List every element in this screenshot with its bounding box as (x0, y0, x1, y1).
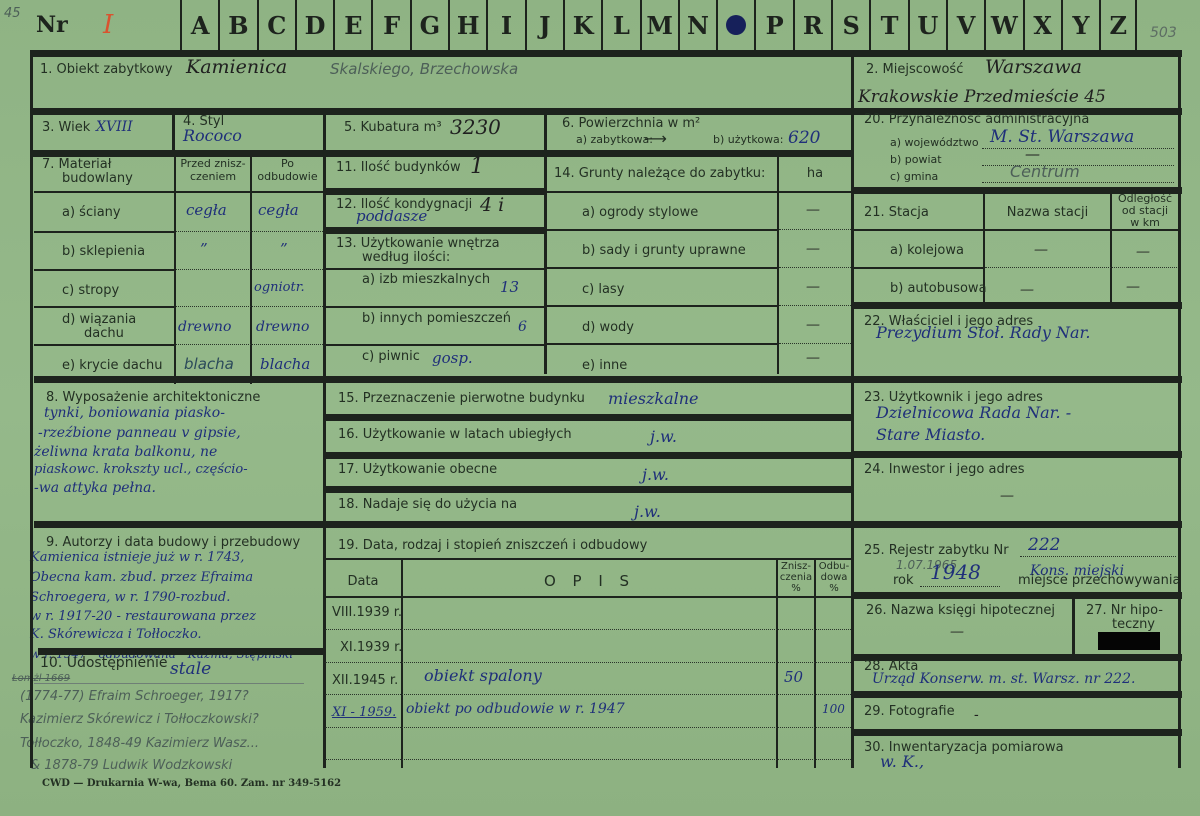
f13-row-a-value: 13 (500, 278, 519, 296)
f19-col-date: Data (325, 574, 401, 589)
f12-value: 4 i (480, 196, 504, 214)
f6-b-label: b) użytkowa: (713, 134, 784, 146)
letter-g[interactable]: G (410, 0, 448, 50)
f7-row-label: dachu (84, 326, 124, 341)
f28-value: Urząd Konserw. m. st. Warsz. nr 222. (872, 670, 1135, 688)
f6-a-label: a) zabytkowa: (576, 134, 653, 146)
f16-label: 16. Użytkowanie w latach ubiegłych (338, 427, 572, 442)
f20-b-value: — (1025, 145, 1040, 163)
f6-a-arrow-icon: ⟶ (644, 131, 667, 146)
f19-row-desc: obiekt spalony (424, 667, 542, 685)
f10-value: stale (170, 660, 211, 678)
f7-row-before: cegła (186, 201, 227, 219)
f21-col-name: Nazwa stacji (985, 205, 1110, 220)
rule-f15-bottom (323, 414, 853, 421)
f3-value: XVIII (96, 118, 133, 136)
f14-rule-b (545, 267, 777, 269)
f14-row-e-value: — (806, 349, 820, 367)
f14-dot-d (779, 343, 851, 344)
f13-row-a-label: a) izb mieszkalnych (362, 272, 490, 287)
f29-label: 29. Fotografie (864, 704, 955, 719)
f16-value: j.w. (650, 428, 677, 446)
nr-value: I (103, 10, 113, 40)
letter-z[interactable]: Z (1099, 0, 1137, 50)
f7-rule-a (34, 231, 174, 233)
printer-footer: CWD — Drukarnia W-wa, Bema 60. Zam. nr 3… (42, 776, 341, 791)
f8-line-5: -wa attyka pełna. (34, 479, 156, 497)
f20-c-value: Centrum (1010, 163, 1080, 181)
f4-value: Rococo (183, 127, 242, 145)
f18-value: j.w. (634, 503, 661, 521)
rule-f16-bottom (323, 452, 853, 459)
rule-f12-bottom (323, 227, 545, 234)
f7-dot-b (176, 269, 323, 270)
f19-col-destr-l2: czenia (778, 572, 814, 583)
f7-col-after-l2: odbudowie (252, 171, 323, 183)
f8-label: 8. Wyposażenie architektoniczne (46, 390, 260, 405)
letter-j[interactable]: J (525, 0, 563, 50)
f13-rule-0 (323, 268, 545, 270)
letter-k[interactable]: K (563, 0, 601, 50)
f10-pencil-1: (1774-77) Efraim Schroeger, 1917? (20, 688, 249, 706)
f9-line-1: Kamienica istnieje już w r. 1743, (30, 549, 244, 567)
f14-row-b-value: — (806, 240, 820, 258)
f10-pencil-4: & 1878-79 Ludwik Wodzkowski (30, 757, 232, 775)
f26-value: — (950, 623, 964, 641)
f8-line-3: żeliwna krata balkonu, ne (34, 443, 217, 461)
f14-rule-c (545, 305, 777, 307)
f13-rule-2 (323, 344, 545, 346)
rule-f9-bottom (38, 648, 324, 655)
f19-col-desc: O P I S (403, 574, 776, 589)
f7-row-label: a) ściany (62, 205, 121, 220)
f7-dot-d (176, 344, 323, 345)
f13-row-c-label: c) piwnic (362, 349, 420, 364)
f19-row-rebuilt: 100 (822, 700, 845, 718)
corner-note: 45 (4, 6, 21, 21)
f7-row-after: cegła (258, 201, 299, 219)
f19-row-date: XI.1939 r. (340, 640, 402, 655)
f20-c-dotline (982, 182, 1174, 183)
f19-dot-2 (325, 662, 851, 663)
f19-row-date: VIII.1939 r. (332, 605, 402, 620)
f21-row-b-name: — (1020, 281, 1034, 299)
letter-f[interactable]: F (371, 0, 409, 50)
f12-value2: poddasze (356, 207, 427, 225)
f14-row-c-label: c) lasy (582, 282, 624, 297)
letter-l[interactable]: L (601, 0, 639, 50)
punched-dot-icon (726, 15, 746, 35)
f7-row-label: b) sklepienia (62, 244, 145, 259)
letter-a[interactable]: A (180, 0, 218, 50)
f14-rule-a (545, 229, 777, 231)
f19-header-bottom (323, 596, 853, 598)
f19-dot-3 (325, 694, 851, 695)
f14-label: 14. Grunty należące do zabytku: (554, 166, 765, 181)
f19-row-date: XII.1945 r. (332, 673, 398, 688)
letter-m[interactable]: M (640, 0, 678, 50)
f2-label: 2. Miejscowość (866, 62, 963, 77)
f6-b-value: 620 (788, 129, 820, 147)
f19-row-desc: obiekt po odbudowie w r. 1947 (406, 700, 625, 718)
f7-row-label: e) krycie dachu (62, 358, 163, 373)
letter-y[interactable]: Y (1061, 0, 1099, 50)
f14-unit-divider (777, 156, 779, 374)
rule-f21-bottom (851, 302, 1182, 309)
f20-a-dotline (982, 148, 1174, 149)
letter-o-marked[interactable] (716, 0, 754, 50)
letter-r[interactable]: R (793, 0, 831, 50)
f25-rok-value: 1948 (930, 563, 981, 581)
f21-dot-a (985, 267, 1179, 268)
letter-t[interactable]: T (869, 0, 907, 50)
f21-row-a-name: — (1034, 241, 1048, 259)
f25-rok-label: rok (893, 573, 914, 588)
f2-value: Warszawa (985, 58, 1082, 76)
f15-value: mieszkalne (608, 390, 699, 408)
f7-label-l1: 7. Materiał (42, 157, 111, 172)
f13-label-l2: według ilości: (362, 250, 450, 265)
f20-c-label: c) gmina (890, 171, 938, 183)
f10-underline (34, 683, 304, 684)
f14-header-rule (545, 191, 853, 193)
f7-dot-c (176, 306, 323, 307)
f27-label-l2: teczny (1112, 617, 1155, 632)
letter-s[interactable]: S (831, 0, 869, 50)
letter-v[interactable]: V (946, 0, 984, 50)
left-border (30, 54, 33, 768)
f11-label: 11. Ilość budynków (336, 160, 461, 175)
f19-col-rebuild-l2: dowa (816, 572, 852, 583)
f14-row-e-label: e) inne (582, 358, 627, 373)
letter-n[interactable]: N (678, 0, 716, 50)
f25-label: 25. Rejestr zabytku Nr (864, 543, 1009, 558)
f7-row-after: drewno (256, 318, 309, 336)
f21-rule-a (853, 267, 983, 269)
f19-row-destroyed: 50 (784, 668, 803, 686)
letter-p[interactable]: P (754, 0, 792, 50)
f10-pencil-3: Tołłoczko, 1848-49 Kazimierz Wasz... (20, 735, 259, 753)
f14-rule-d (545, 343, 777, 345)
letter-u[interactable]: U (908, 0, 946, 50)
f13-rule-1 (323, 306, 545, 308)
letter-b[interactable]: B (218, 0, 256, 50)
f7-rule-d (34, 344, 174, 346)
f10-pencil-2: Kazimierz Skórewicz i Tołłoczkowski? (20, 711, 259, 729)
f7-row-before: blacha (184, 355, 234, 373)
f7-col-after-l1: Po (252, 158, 323, 170)
f6-label: 6. Powierzchnia w m² (562, 116, 700, 131)
f21-row-a-label: a) kolejowa (890, 243, 964, 258)
f9-label: 9. Autorzy i data budowy i przebudowy (46, 535, 300, 550)
f9-line-4: w r. 1917-20 - restaurowana przez (30, 608, 256, 626)
f1-note: Skalskiego, Brzechowska (330, 60, 518, 78)
f24-value: — (1000, 487, 1014, 505)
f19-col-destr-l1: Znisz- (778, 561, 814, 572)
divider-f26-f27 (1072, 596, 1075, 654)
f17-value: j.w. (642, 466, 669, 484)
divider-f3-f4 (172, 112, 175, 152)
f7-dot-a (176, 231, 323, 232)
f14-dot-c (779, 305, 851, 306)
f19-col-rebuild-l3: % (816, 583, 852, 594)
f19-dot-5 (325, 759, 851, 760)
f26-label: 26. Nazwa księgi hipotecznej (866, 603, 1055, 618)
letter-x[interactable]: X (1023, 0, 1061, 50)
f8-line-4: piaskowc. krokszty ucl., częścio- (34, 461, 248, 479)
f3-label: 3. Wiek (42, 120, 90, 135)
f9-line-3: Schroegera, w r. 1790-rozbud. (30, 589, 230, 607)
f20-a-label: a) województwo (890, 137, 979, 149)
f19-col-destr-l3: % (778, 583, 814, 594)
f30-value: w. K., (880, 753, 924, 771)
f15-label: 15. Przeznaczenie pierwotne budynku (338, 391, 585, 406)
letter-h[interactable]: H (448, 0, 486, 50)
rule-f28-bottom (851, 691, 1182, 698)
letter-c[interactable]: C (257, 0, 295, 50)
f29-value: - (974, 706, 979, 724)
f2-address: Krakowskie Przedmieście 45 (858, 88, 1106, 106)
f7-row-before: drewno (178, 318, 231, 336)
f21-row-b-distance: — (1126, 278, 1140, 296)
f7-row-label: d) wiązania (62, 312, 136, 327)
f14-row-a-value: — (806, 201, 820, 219)
f21-label: 21. Stacja (864, 205, 929, 220)
f25-place-label: miejsce przechowywania (1018, 573, 1180, 588)
f7-row-before: ” (200, 240, 208, 258)
f7-rule-b (34, 269, 174, 271)
f13-row-b-value: 6 (518, 318, 527, 336)
f24-label: 24. Inwestor i jego adres (864, 462, 1025, 477)
f1-value: Kamienica (186, 58, 287, 76)
rule-f25-bottom (851, 592, 1182, 599)
f27-label-l1: 27. Nr hipo- (1086, 603, 1163, 618)
f14-row-a-label: a) ogrody stylowe (582, 205, 698, 220)
f20-a-value: M. St. Warszawa (990, 128, 1134, 146)
rule-f17-bottom (323, 486, 853, 493)
rule-f11-bottom (323, 188, 545, 195)
f19-date-divider (401, 560, 403, 768)
f25-value: 222 (1028, 536, 1060, 554)
f7-col-before-l2: czeniem (176, 171, 250, 183)
f7-row-after: ” (280, 240, 288, 258)
f14-dot-a (779, 229, 851, 230)
f9-line-2: Obecna kam. zbud. przez Efraima (30, 569, 253, 587)
f23-value-l1: Dzielnicowa Rada Nar. - (876, 404, 1071, 422)
f10-label: 10. Udostępnienie (40, 656, 167, 671)
f7-header-rule (34, 191, 324, 193)
f7-col-before-l1: Przed znisz- (176, 158, 250, 170)
f19-dot-4 (325, 727, 851, 728)
rule-f23-bottom (851, 451, 1182, 458)
rule-f29-bottom (851, 729, 1182, 736)
f14-row-d-label: d) wody (582, 320, 634, 335)
letter-i[interactable]: I (486, 0, 524, 50)
f14-row-c-value: — (806, 278, 820, 296)
f8-line-1: tynki, boniowania piasko- (44, 404, 225, 422)
f13-row-c-value: gosp. (432, 349, 473, 367)
archive-number: 503 (1150, 26, 1177, 41)
rule-f5-bottom (323, 150, 853, 157)
f14-row-d-value: — (806, 316, 820, 334)
f7-label-l2: budowlany (62, 171, 133, 186)
f7-row-after: blacha (260, 355, 310, 373)
f19-row-date: XI - 1959. (332, 704, 396, 722)
letter-w[interactable]: W (984, 0, 1022, 50)
f19-col-rebuild-l1: Odbu- (816, 561, 852, 572)
f10-struck-note: Łomżl 1669 (12, 673, 70, 684)
f20-b-label: b) powiat (890, 154, 942, 166)
f19-dot-1 (325, 629, 851, 630)
f13-row-b-label: b) innych pomieszczeń (362, 311, 511, 326)
f23-value-l2: Stare Miasto. (876, 426, 985, 444)
f17-label: 17. Użytkowanie obecne (338, 462, 497, 477)
f13-label-l1: 13. Użytkowanie wnętrza (336, 236, 500, 251)
rule-row4 (34, 376, 1182, 383)
f7-rule-c (34, 306, 174, 308)
f21-col-dist-l3: w km (1112, 217, 1178, 229)
f14-unit: ha (779, 166, 851, 181)
f18-label: 18. Nadaje się do użycia na (338, 497, 517, 512)
f21-row-a-distance: — (1136, 243, 1150, 261)
f5-value: 3230 (450, 118, 501, 136)
f27-redacted-value (1098, 632, 1160, 650)
f7-row-after: ogniotr. (254, 279, 305, 297)
f21-row-b-label: b) autobusowa (890, 281, 987, 296)
letter-d[interactable]: D (295, 0, 333, 50)
f1-label: 1. Obiekt zabytkowy (40, 62, 173, 77)
f9-line-5: K. Skórewicza i Tołłoczko. (30, 626, 202, 644)
f20-label: 20. Przynależność administracyjna (864, 112, 1089, 127)
f21-header-rule (853, 229, 1179, 231)
f11-value: 1 (470, 158, 484, 176)
right-border (1178, 54, 1181, 768)
f5-label: 5. Kubatura m³ (344, 120, 442, 135)
f14-dot-b (779, 267, 851, 268)
f25-rok-dotline (920, 586, 1000, 587)
f7-row-label: c) stropy (62, 283, 119, 298)
f19-label: 19. Data, rodzaj i stopień zniszczeń i o… (338, 538, 647, 553)
alphabet-index: A B C D E F G H I J K L M N P R S T U V … (180, 0, 1137, 50)
registry-card: 45 Nr I A B C D E F G H I J K L M N P R … (0, 0, 1200, 816)
nr-label: Nr (36, 12, 68, 38)
f8-line-2: -rzeźbione panneau v gipsie, (38, 424, 241, 442)
letter-e[interactable]: E (333, 0, 371, 50)
rule-row5 (34, 521, 1182, 528)
f25-dotline (1020, 556, 1176, 557)
divider-col-left (323, 112, 326, 768)
f22-value: Prezydium Stoł. Rady Nar. (876, 324, 1091, 342)
f14-row-b-label: b) sady i grunty uprawne (582, 243, 746, 258)
